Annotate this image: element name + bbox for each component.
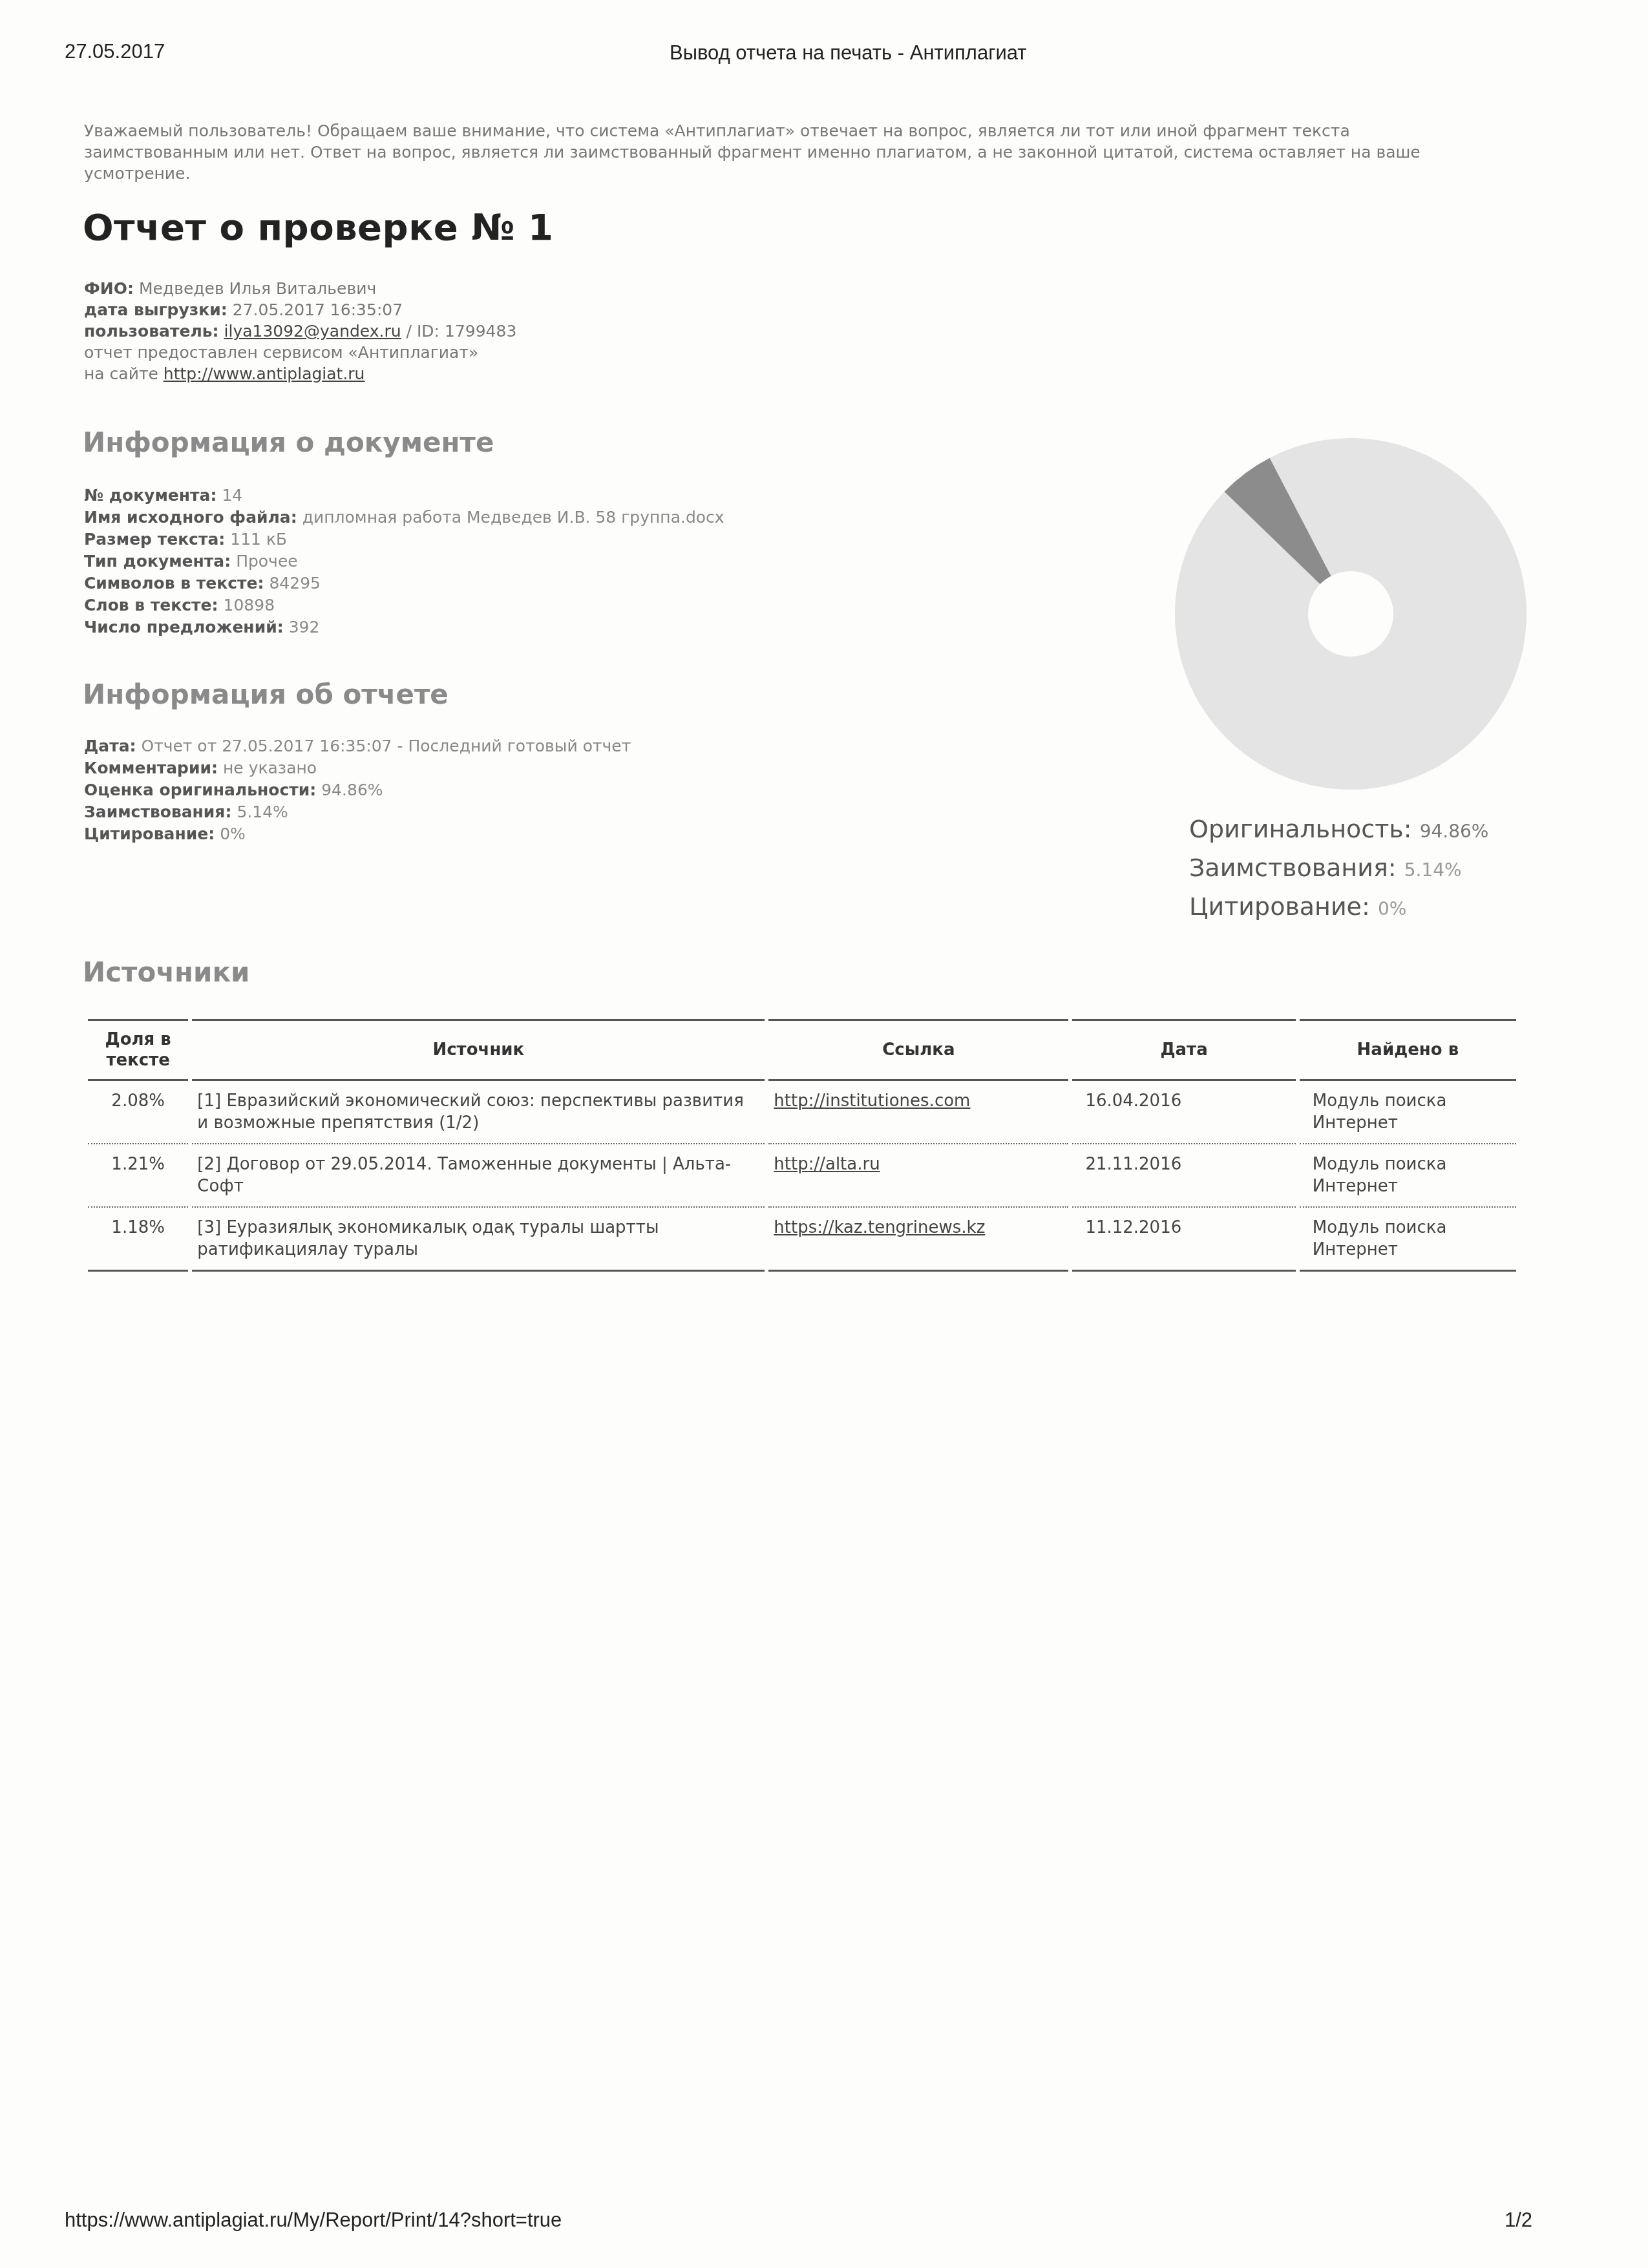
document-info-value: 84295 (269, 574, 321, 593)
source-link[interactable]: https://kaz.tengrinews.kz (774, 1218, 985, 1237)
link-cell: http://alta.ru (768, 1144, 1068, 1208)
document-info-label: Слов в тексте: (84, 596, 218, 614)
sources-header-row: Доля в тексте Источник Ссылка Дата Найде… (88, 1019, 1516, 1081)
source-cell: [1] Евразийский экономический союз: перс… (192, 1081, 765, 1144)
link-cell: http://institutiones.com (768, 1081, 1068, 1144)
document-info-heading: Информация о документе (83, 426, 494, 458)
document-info-item: Число предложений: 392 (84, 616, 724, 638)
meta-export-date: дата выгрузки: 27.05.2017 16:35:07 (84, 299, 516, 320)
col-source: Источник (192, 1019, 765, 1081)
report-info-value: 94.86% (321, 781, 383, 799)
report-info-label: Комментарии: (84, 759, 218, 777)
document-info-value: дипломная работа Медведев И.В. 58 группа… (302, 508, 724, 527)
table-row: 1.21%[2] Договор от 29.05.2014. Таможенн… (88, 1144, 1516, 1208)
notice-text: Уважаемый пользователь! Обращаем ваше вн… (84, 120, 1493, 184)
document-info-item: Символов в тексте: 84295 (84, 572, 724, 594)
print-title: Вывод отчета на печать - Антиплагиат (670, 41, 1027, 65)
share-cell: 2.08% (88, 1081, 188, 1144)
document-info-value: Прочее (236, 552, 298, 571)
found-in-cell: Модуль поиска Интернет (1300, 1081, 1516, 1144)
report-info-item: Дата: Отчет от 27.05.2017 16:35:07 - Пос… (84, 735, 631, 757)
document-info-label: Имя исходного файла: (84, 508, 297, 527)
page-title: Отчет о проверке № 1 (83, 207, 553, 249)
report-info-heading: Информация об отчете (83, 678, 449, 710)
document-info-value: 392 (289, 618, 320, 636)
source-cell: [2] Договор от 29.05.2014. Таможенные до… (192, 1144, 765, 1208)
col-link: Ссылка (768, 1019, 1068, 1081)
table-row: 1.18%[3] Еуразиялық экономикалық одақ ту… (88, 1208, 1516, 1272)
meta-block: ФИО: Медведев Илья Витальевич дата выгру… (84, 278, 516, 384)
report-info-label: Оценка оригинальности: (84, 781, 316, 799)
report-info-label: Цитирование: (84, 824, 215, 843)
document-info-item: Имя исходного файла: дипломная работа Ме… (84, 507, 724, 529)
report-info-value: 0% (220, 824, 246, 843)
sources-table: Доля в тексте Источник Ссылка Дата Найде… (84, 1019, 1520, 1272)
chart-legend: Оригинальность: 94.86% Заимствования: 5.… (1189, 811, 1488, 927)
report-info-item: Заимствования: 5.14% (84, 801, 631, 823)
report-info-item: Комментарии: не указано (84, 757, 631, 779)
document-info-label: Размер текста: (84, 530, 225, 549)
originality-donut-chart (1163, 426, 1538, 801)
col-date: Дата (1072, 1019, 1295, 1081)
report-info-item: Оценка оригинальности: 94.86% (84, 779, 631, 801)
share-cell: 1.21% (88, 1144, 188, 1208)
report-info-value: не указано (223, 759, 317, 777)
report-info-value: Отчет от 27.05.2017 16:35:07 - Последний… (141, 737, 631, 755)
date-cell: 21.11.2016 (1072, 1144, 1295, 1208)
link-cell: https://kaz.tengrinews.kz (768, 1208, 1068, 1272)
document-info-label: № документа: (84, 486, 217, 505)
col-share: Доля в тексте (88, 1019, 188, 1081)
col-found: Найдено в (1300, 1019, 1516, 1081)
meta-site: на сайте http://www.antiplagiat.ru (84, 363, 516, 384)
legend-borrowing: Заимствования: 5.14% (1189, 850, 1488, 888)
document-info-list: № документа: 14Имя исходного файла: дипл… (84, 485, 724, 638)
document-info-label: Символов в тексте: (84, 574, 264, 593)
print-date: 27.05.2017 (65, 40, 165, 63)
document-info-value: 111 кБ (230, 530, 287, 549)
document-info-value: 14 (222, 486, 242, 505)
meta-user: пользователь: ilya13092@yandex.ru / ID: … (84, 320, 516, 342)
source-link[interactable]: http://institutiones.com (774, 1091, 970, 1111)
date-cell: 11.12.2016 (1072, 1208, 1295, 1272)
report-info-label: Дата: (84, 737, 136, 755)
found-in-cell: Модуль поиска Интернет (1300, 1144, 1516, 1208)
document-info-item: Слов в тексте: 10898 (84, 594, 724, 616)
source-cell: [3] Еуразиялық экономикалық одақ туралы … (192, 1208, 765, 1272)
document-info-item: Размер текста: 111 кБ (84, 529, 724, 551)
report-info-list: Дата: Отчет от 27.05.2017 16:35:07 - Пос… (84, 735, 631, 845)
table-row: 2.08%[1] Евразийский экономический союз:… (88, 1081, 1516, 1144)
footer-page-number: 1/2 (1505, 2209, 1532, 2232)
footer-url: https://www.antiplagiat.ru/My/Report/Pri… (65, 2209, 562, 2232)
sources-heading: Источники (83, 956, 249, 988)
document-info-label: Тип документа: (84, 552, 231, 571)
source-link[interactable]: http://alta.ru (774, 1155, 880, 1174)
document-info-item: № документа: 14 (84, 485, 724, 507)
site-link[interactable]: http://www.antiplagiat.ru (164, 364, 365, 383)
user-email-link[interactable]: ilya13092@yandex.ru (224, 322, 401, 341)
report-info-value: 5.14% (237, 803, 288, 821)
share-cell: 1.18% (88, 1208, 188, 1272)
legend-citation: Цитирование: 0% (1189, 888, 1488, 927)
document-info-item: Тип документа: Прочее (84, 551, 724, 572)
legend-originality: Оригинальность: 94.86% (1189, 811, 1488, 850)
report-info-label: Заимствования: (84, 803, 231, 821)
date-cell: 16.04.2016 (1072, 1081, 1295, 1144)
document-info-value: 10898 (224, 596, 275, 614)
report-info-item: Цитирование: 0% (84, 823, 631, 845)
document-info-label: Число предложений: (84, 618, 284, 636)
meta-fio: ФИО: Медведев Илья Витальевич (84, 278, 516, 299)
found-in-cell: Модуль поиска Интернет (1300, 1208, 1516, 1272)
meta-provided-by: отчет предоставлен сервисом «Антиплагиат… (84, 342, 516, 363)
